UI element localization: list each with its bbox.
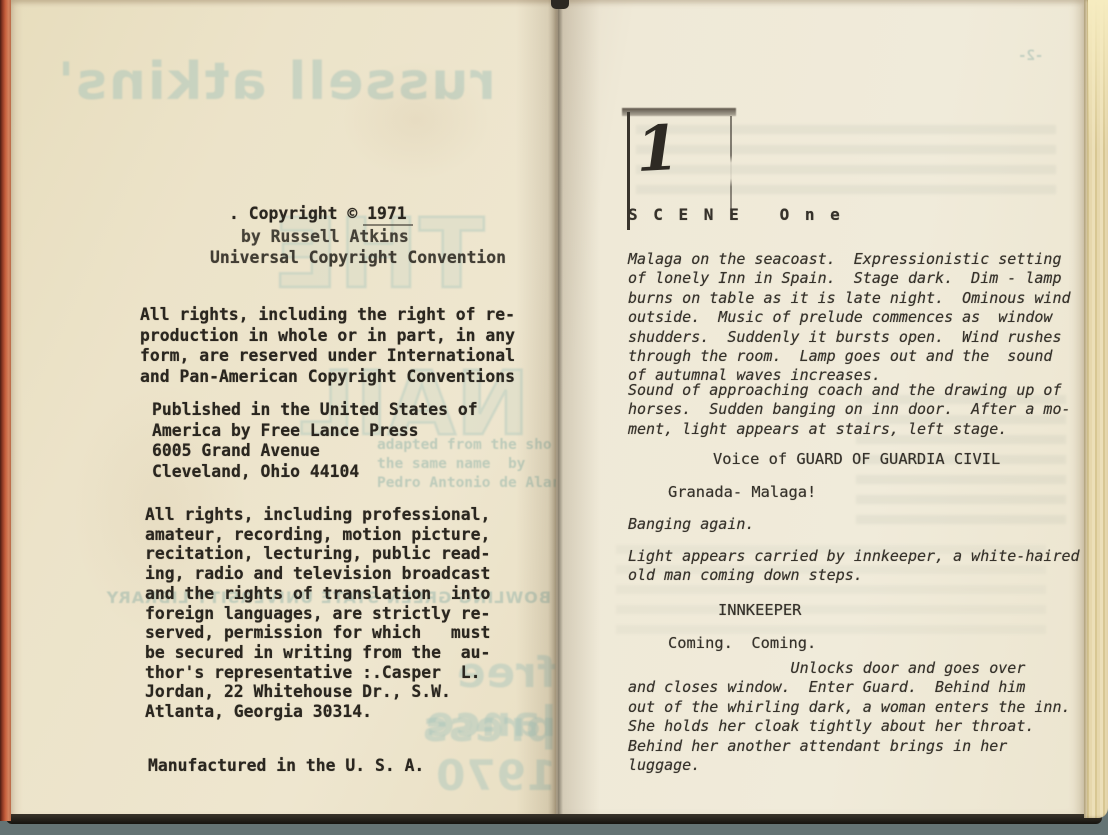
copyright-line: . Copyright © 1971 bbox=[229, 204, 407, 225]
page-number: 1 bbox=[634, 111, 681, 186]
gutter-top-notch bbox=[551, 0, 569, 9]
page-stack-highlight bbox=[1088, 0, 1108, 150]
character-cue: INNKEEPER bbox=[718, 601, 801, 620]
dialogue-line: Granada- Malaga! bbox=[668, 483, 816, 502]
book-scan: russell atkins' THE NAIL adapted from th… bbox=[0, 0, 1108, 835]
stage-direction: Malaga on the seacoast. Expressionistic … bbox=[628, 250, 1071, 386]
performance-rights-notice: All rights, including professional,amate… bbox=[145, 505, 490, 722]
ghost-text-bars bbox=[636, 125, 1056, 205]
stage-direction: Unlocks door and goes overand closes win… bbox=[628, 659, 1071, 775]
ghost-page-mark: -2- bbox=[1018, 48, 1043, 64]
paper-stain bbox=[341, 60, 491, 180]
year-underline bbox=[363, 224, 413, 226]
right-page: -2- 1 S C E N E O n e Malaga on the seac… bbox=[556, 0, 1084, 818]
publisher-address: Published in the United States ofAmerica… bbox=[152, 400, 478, 482]
stage-direction: Banging again. bbox=[628, 515, 754, 534]
character-cue: Voice of GUARD OF GUARDIA CIVIL bbox=[713, 450, 1000, 469]
manufactured-note: Manufactured in the U. S. A. bbox=[148, 756, 424, 777]
left-page: russell atkins' THE NAIL adapted from th… bbox=[11, 0, 556, 818]
copyright-convention-line: Universal Copyright Convention bbox=[210, 248, 506, 269]
dialogue-line: Coming. Coming. bbox=[668, 634, 816, 653]
stage-direction: Light appears carried by innkeeper, a wh… bbox=[628, 547, 1080, 586]
stage-direction: Sound of approaching coach and the drawi… bbox=[628, 381, 1071, 439]
ghost-cover-author: russell atkins' bbox=[51, 52, 501, 112]
book-bottom-edge bbox=[6, 814, 1102, 824]
rights-notice: All rights, including the right of re-pr… bbox=[140, 305, 515, 387]
cover-edge bbox=[0, 0, 11, 821]
byline: by Russell Atkins bbox=[241, 227, 409, 248]
scene-heading: S C E N E O n e bbox=[628, 205, 843, 224]
